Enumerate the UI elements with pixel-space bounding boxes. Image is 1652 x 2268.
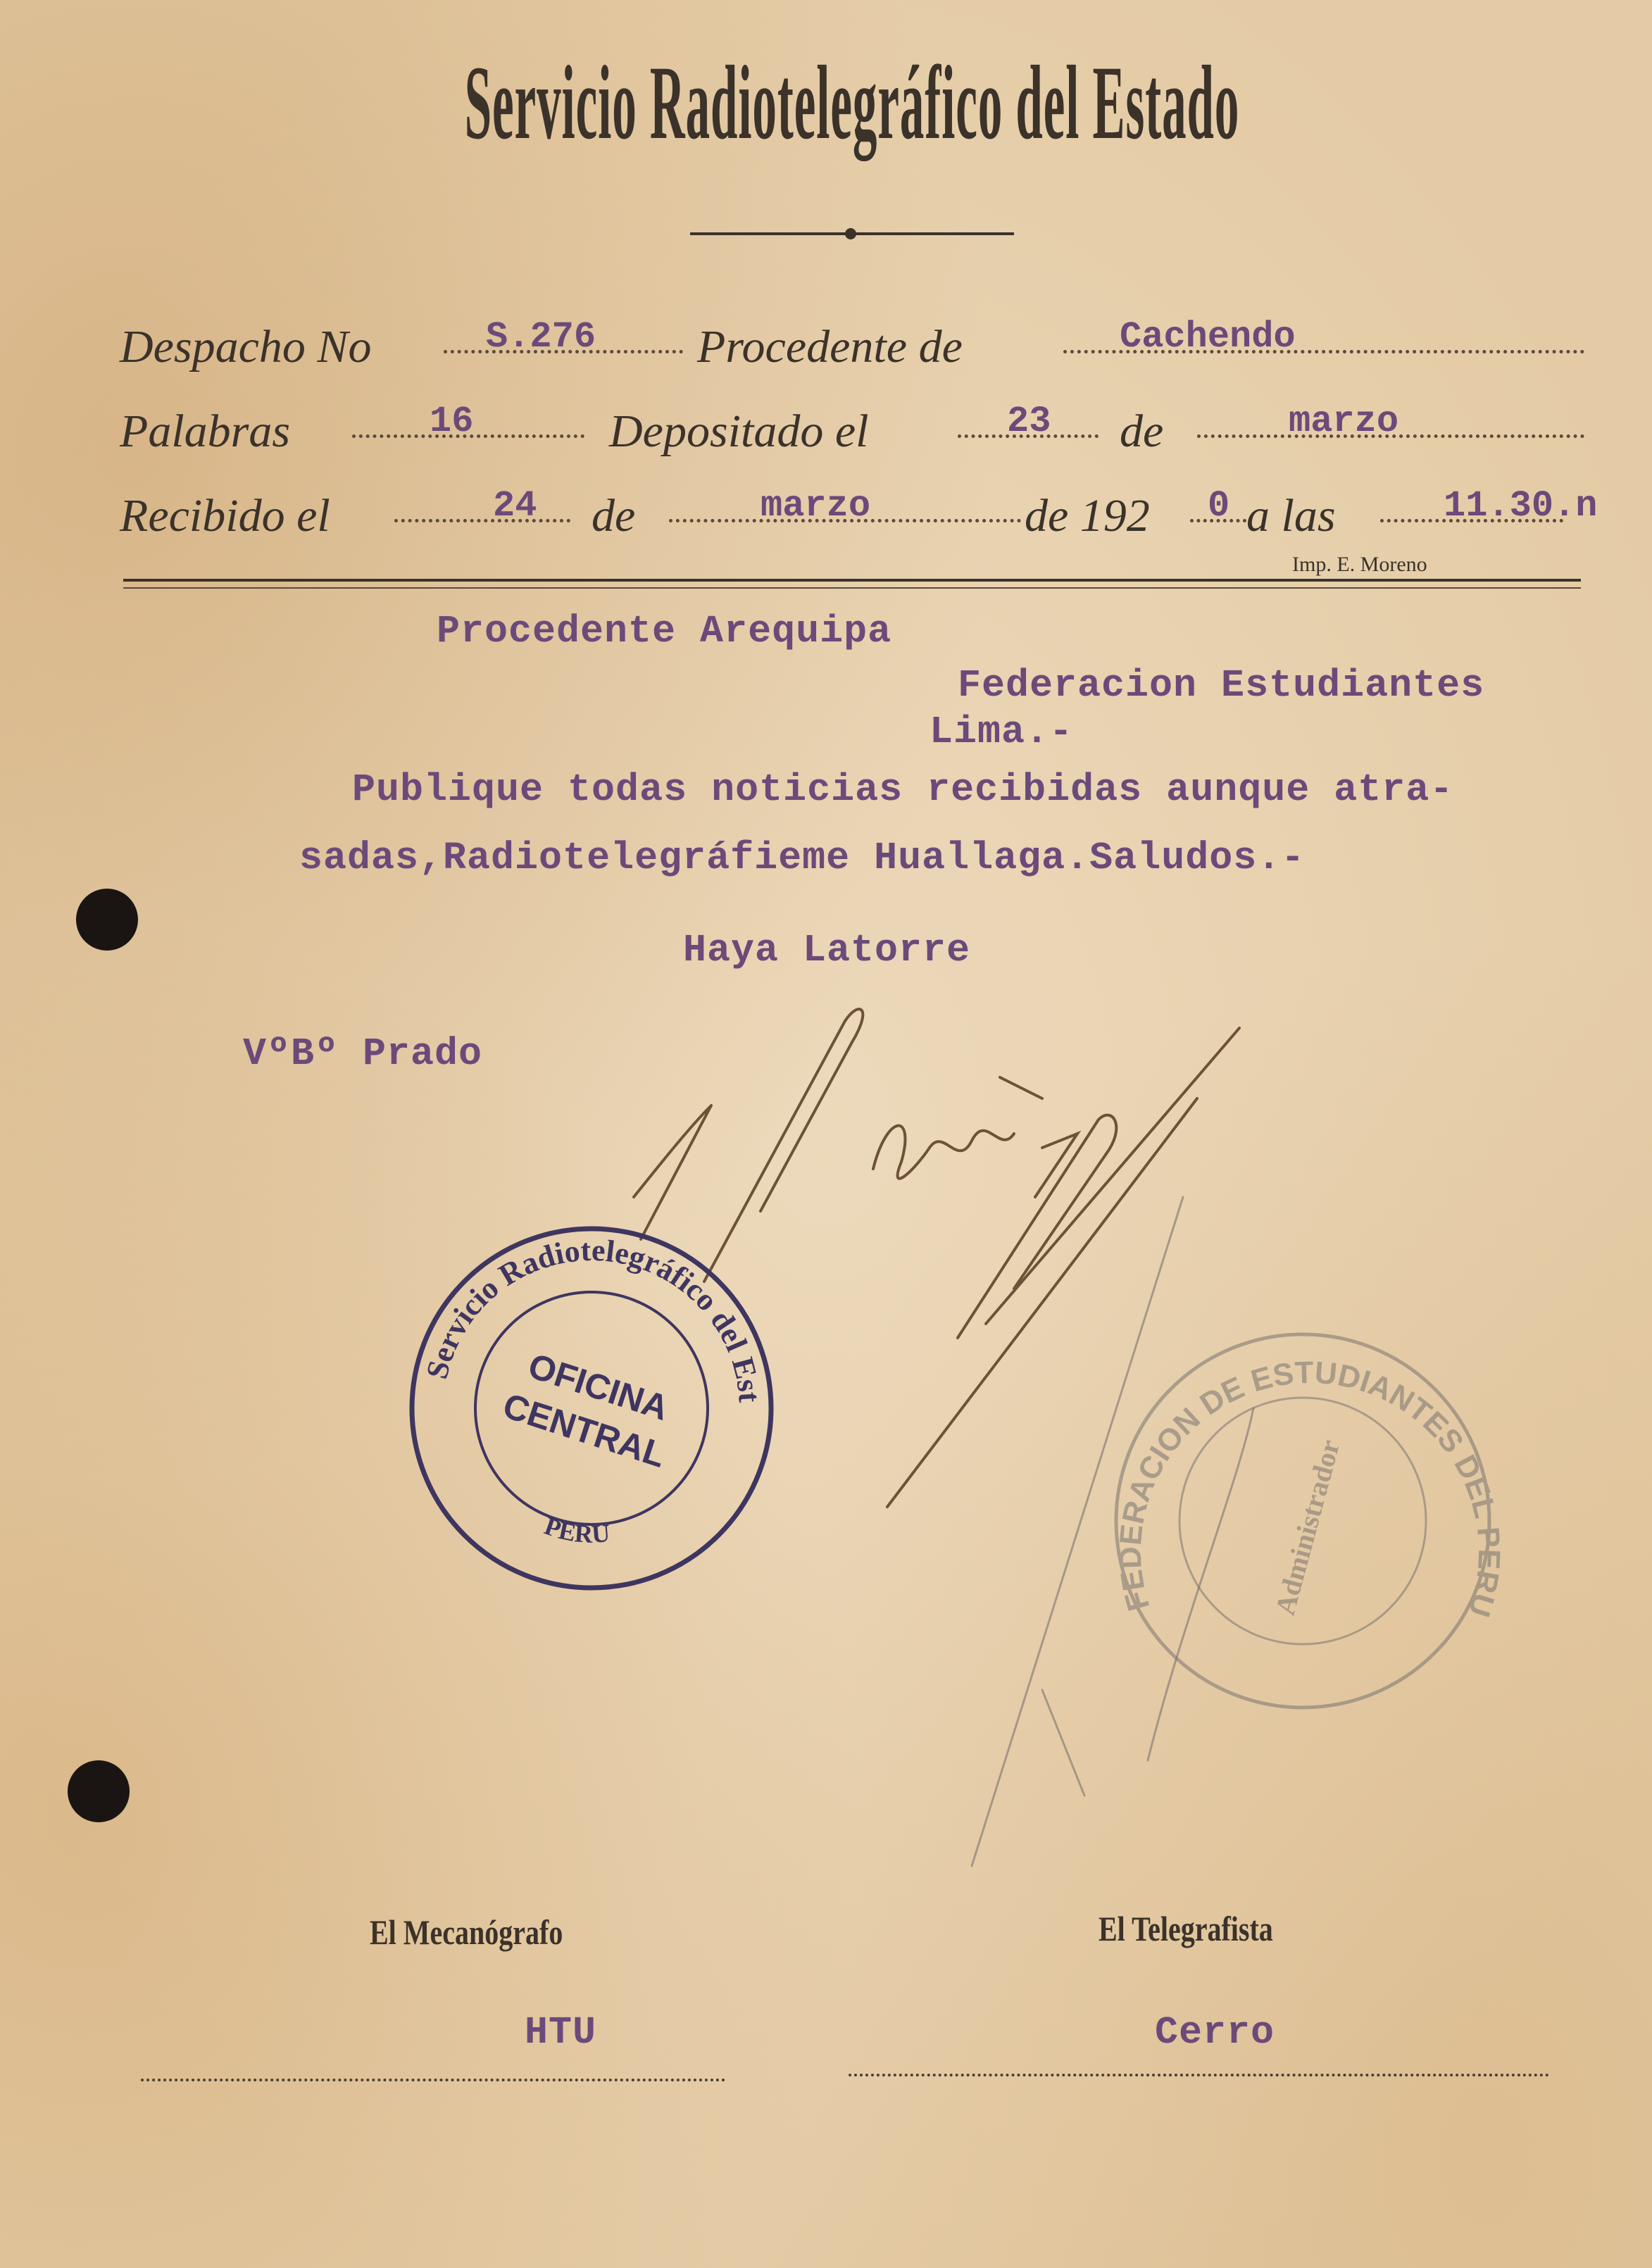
telegrafista-signature-line xyxy=(849,2074,1549,2076)
palabras-label: Palabras xyxy=(120,405,290,458)
printer-credit: Imp. E. Moreno xyxy=(1292,553,1427,577)
message-recipient-line2: Lima.- xyxy=(930,710,1073,754)
despacho-label: Despacho No xyxy=(120,320,371,374)
form-row-despacho: Despacho No S.276 Procedente de Cachendo xyxy=(120,320,1584,377)
telegrafista-value: Cerro xyxy=(1155,2010,1275,2055)
form-row-palabras: Palabras 16 Depositado el 23 de marzo xyxy=(120,405,1584,461)
recibido-day-dotted-line xyxy=(394,519,570,522)
approval-note: VºBº Prado xyxy=(243,1032,482,1076)
procedente-label: Procedente de xyxy=(697,320,963,374)
year-value: 0 xyxy=(1208,485,1229,527)
stamp-bottom-text: PERU xyxy=(541,1512,611,1548)
time-label: a las xyxy=(1246,489,1336,543)
despacho-value: S.276 xyxy=(486,316,596,358)
message-recipient-line1: Federacion Estudiantes xyxy=(958,663,1484,708)
title-ornament-dot xyxy=(845,228,856,239)
depositado-month: marzo xyxy=(1289,401,1398,442)
header-divider-thin xyxy=(123,587,1581,589)
svg-text:PERU: PERU xyxy=(541,1512,611,1548)
recibido-month: marzo xyxy=(761,485,870,527)
recibido-day: 24 xyxy=(493,485,537,527)
message-body-line1: Publique todas noticias recibidas aunque… xyxy=(352,768,1453,812)
official-stamp-icon: Servicio Radiotelegráfico del Estado PER… xyxy=(401,1218,782,1598)
telegrafista-label: El Telegrafista xyxy=(1099,1908,1273,1949)
punch-hole-top xyxy=(76,889,138,951)
mecanografo-label: El Mecanógrafo xyxy=(370,1912,563,1953)
time-value: 11.30.n xyxy=(1444,485,1597,527)
punch-hole-bottom xyxy=(68,1760,130,1822)
palabras-value: 16 xyxy=(430,401,473,442)
depositado-de-label: de xyxy=(1120,405,1163,458)
message-origin: Procedente Arequipa xyxy=(437,609,891,653)
year-label: de 192 xyxy=(1025,489,1150,543)
recibido-label: Recibido el xyxy=(120,489,330,543)
federation-stamp-inner-text: Administrador xyxy=(1269,1436,1346,1619)
message-body-line2: sadas,Radiotelegráfieme Huallaga.Saludos… xyxy=(299,836,1305,880)
document-title: Servicio Radiotelegráfico del Estado xyxy=(399,42,1306,163)
message-signature: Haya Latorre xyxy=(683,928,970,972)
recibido-de-label: de xyxy=(592,489,635,543)
mecanografo-value: HTU xyxy=(525,2010,596,2055)
header-divider-thick xyxy=(123,579,1581,582)
procedente-value: Cachendo xyxy=(1120,316,1296,358)
federation-stamp-icon: FEDERACION DE ESTUDIANTES DEL PERU Admin… xyxy=(1099,1324,1507,1718)
depositado-day: 23 xyxy=(1007,401,1051,442)
mecanografo-signature-line xyxy=(141,2079,725,2081)
form-row-recibido: Recibido el 24 de marzo de 192 0 a las 1… xyxy=(120,489,1584,546)
depositado-label: Depositado el xyxy=(609,405,868,458)
